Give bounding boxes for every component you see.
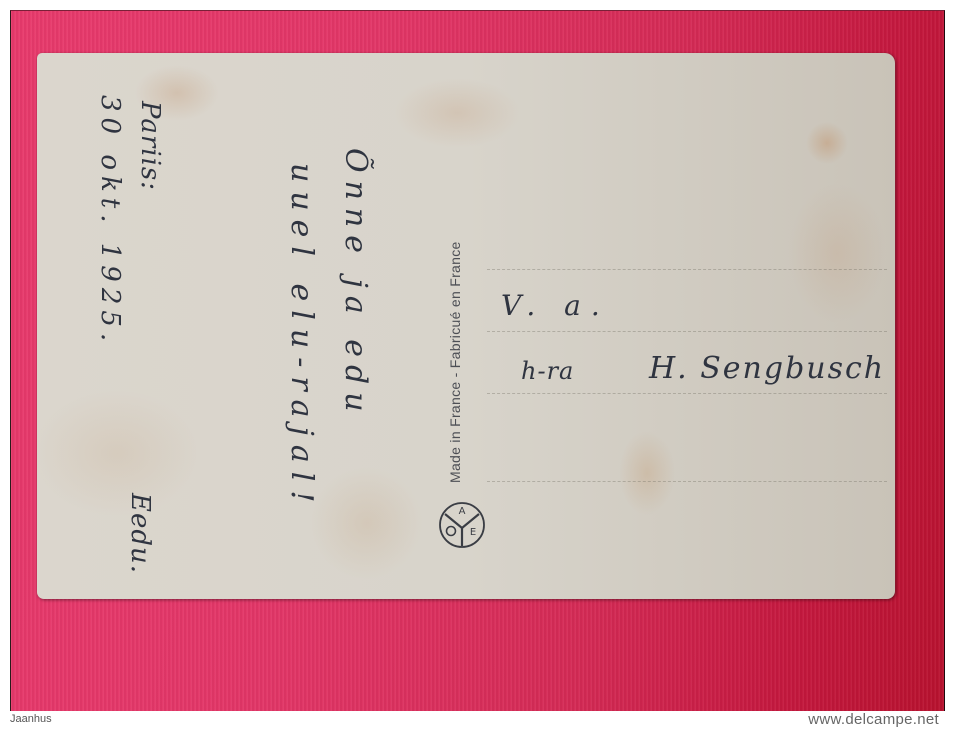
- address-line: [487, 393, 887, 394]
- address-line: [487, 481, 887, 482]
- publisher-logo-icon: A E: [437, 500, 487, 550]
- postcard-back: Pariis: 30 okt. 1925. Õnne ja edu uuel e…: [37, 53, 895, 599]
- handwritten-address-prefix: h-ra: [521, 357, 574, 385]
- address-line: [487, 331, 887, 332]
- svg-text:E: E: [470, 527, 476, 538]
- svg-text:A: A: [459, 506, 466, 517]
- handwritten-address-line1: V. a.: [501, 289, 610, 322]
- watermark-link: www.delcampe.net: [808, 711, 939, 728]
- postcard-photo: Pariis: 30 okt. 1925. Õnne ja edu uuel e…: [10, 10, 945, 712]
- uploader-name: Jaanhus: [10, 713, 52, 725]
- handwritten-message-line2: uuel elu-rajal!: [284, 163, 319, 511]
- address-line: [487, 269, 887, 270]
- handwritten-place: Pariis:: [135, 101, 165, 191]
- handwritten-date: 30 okt. 1925.: [95, 95, 125, 347]
- handwritten-signature: Eedu.: [125, 493, 155, 574]
- handwritten-recipient-name: H. Sengbusch: [649, 351, 885, 386]
- image-footer: Jaanhus www.delcampe.net: [0, 711, 953, 730]
- made-in-france-text: Made in France - Fabricué en France: [447, 241, 463, 483]
- handwritten-message-line1: Õnne ja edu: [338, 148, 373, 420]
